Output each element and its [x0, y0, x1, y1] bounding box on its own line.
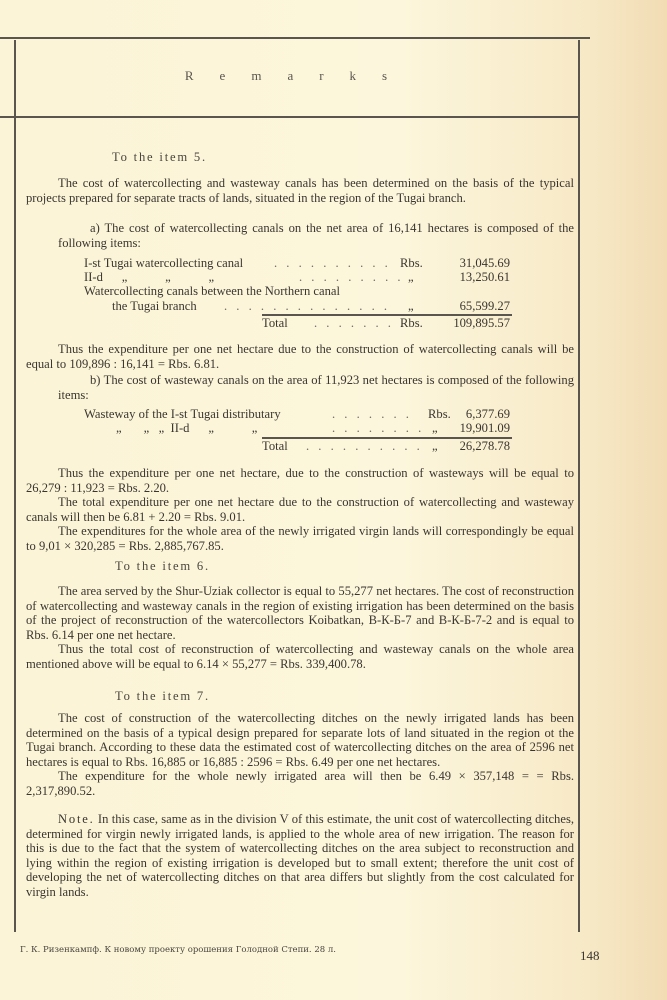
row-label: the Tugai branch	[112, 299, 197, 313]
item-6-para-1: The area served by the Shur-Uziak collec…	[26, 584, 574, 642]
row-amount: 6,377.69	[420, 407, 510, 421]
table-b: Wasteway of the I-st Tugai distributary …	[84, 407, 514, 454]
item-5-part-b-intro: b) The cost of wasteway canals on the ar…	[58, 373, 574, 402]
right-border-rule	[578, 40, 580, 932]
total-amount: 26,278.78	[420, 439, 510, 453]
item-5-conclusions: Thus the expenditure per one net hectare…	[26, 466, 574, 554]
table-row: „ „ „ II-d „ „ . . . . . . . . „ 19,901.…	[84, 421, 514, 435]
table-total-row: Total . . . . . . . . . . „ 26,278.78	[84, 439, 514, 453]
leader-dots: . . . . . . . .	[314, 316, 406, 330]
leader-dots: . . . . . . . .	[332, 421, 424, 435]
part-b-result-text: Thus the expenditure per one net hectare…	[26, 466, 574, 495]
item-6-title: To the item 6.	[115, 559, 210, 574]
item-5-title: To the item 5.	[112, 150, 207, 165]
item-6-body: The area served by the Shur-Uziak collec…	[26, 584, 574, 672]
part-a-result-text: Thus the expenditure per one net hectare…	[26, 342, 574, 371]
item-5-part-a-result: Thus the expenditure per one net hectare…	[26, 342, 574, 371]
row-amount: 19,901.09	[420, 421, 510, 435]
row-label: II-d „ „ „	[84, 270, 214, 284]
leader-dots: . . . . . . . . .	[299, 270, 404, 284]
item-7-title: To the item 7.	[115, 689, 210, 704]
left-border-rule	[14, 40, 16, 932]
item-7-para-1: The cost of construction of the watercol…	[26, 711, 574, 769]
heading-divider-rule	[0, 116, 578, 118]
table-row: Wasteway of the I-st Tugai distributary …	[84, 407, 514, 421]
item-5-intro: The cost of watercollecting and wasteway…	[26, 176, 574, 205]
leader-dots: . . . . . . .	[332, 407, 412, 421]
total-label: Total	[262, 439, 288, 453]
table-row: I-st Tugai watercollecting canal . . . .…	[84, 256, 514, 270]
row-amount: 13,250.61	[420, 270, 510, 284]
page-number: 148	[580, 948, 600, 964]
total-per-hectare-text: The total expenditure per one net hectar…	[26, 495, 574, 524]
table-a: I-st Tugai watercollecting canal . . . .…	[84, 256, 514, 330]
note-label: Note.	[58, 812, 95, 826]
item-7-body: The cost of construction of the watercol…	[26, 711, 574, 799]
table-row: II-d „ „ „ . . . . . . . . . „ 13,250.61	[84, 270, 514, 284]
table-row: the Tugai branch . . . . . . . . . . . .…	[84, 299, 514, 313]
row-label: Watercollecting canals between the North…	[84, 284, 340, 298]
footer-citation: Г. К. Ризенкампф. К новому проекту ороше…	[20, 945, 336, 955]
row-amount: 65,599.27	[420, 299, 510, 313]
table-total-row: Total . . . . . . . . Rbs. 109,895.57	[84, 316, 514, 330]
item-5-intro-text: The cost of watercollecting and wasteway…	[26, 176, 574, 205]
table-row: Watercollecting canals between the North…	[84, 284, 514, 298]
item-7-note: Note. In this case, same as in the divis…	[26, 812, 574, 900]
row-label: „ „ „ II-d „ „	[116, 421, 257, 435]
total-amount: 109,895.57	[420, 316, 510, 330]
item-6-para-2: Thus the total cost of reconstruction of…	[26, 642, 574, 671]
leader-dots: . . . . . . . . . . . . . .	[224, 299, 390, 313]
item-7-para-2: The expenditure for the whole newly irri…	[26, 769, 574, 798]
leader-dots: . . . . . . . . . .	[274, 256, 391, 270]
note-body: In this case, same as in the division V …	[26, 812, 574, 899]
row-currency: „	[408, 270, 414, 284]
part-a-intro-text: a) The cost of watercollecting canals on…	[58, 221, 574, 250]
top-rule	[0, 37, 590, 39]
note-text: Note. In this case, same as in the divis…	[26, 812, 574, 900]
total-rule	[262, 437, 512, 439]
row-label: Wasteway of the I-st Tugai distributary	[84, 407, 281, 421]
leader-dots: . . . . . . . . . .	[306, 439, 423, 453]
part-b-intro-text: b) The cost of wasteway canals on the ar…	[58, 373, 574, 402]
total-label: Total	[262, 316, 288, 330]
row-label: I-st Tugai watercollecting canal	[84, 256, 243, 270]
row-amount: 31,045.69	[420, 256, 510, 270]
item-5-part-a-intro: a) The cost of watercollecting canals on…	[58, 221, 574, 250]
row-currency: „	[408, 299, 414, 313]
whole-area-text: The expenditures for the whole area of t…	[26, 524, 574, 553]
page-heading: Remarks	[0, 68, 588, 84]
